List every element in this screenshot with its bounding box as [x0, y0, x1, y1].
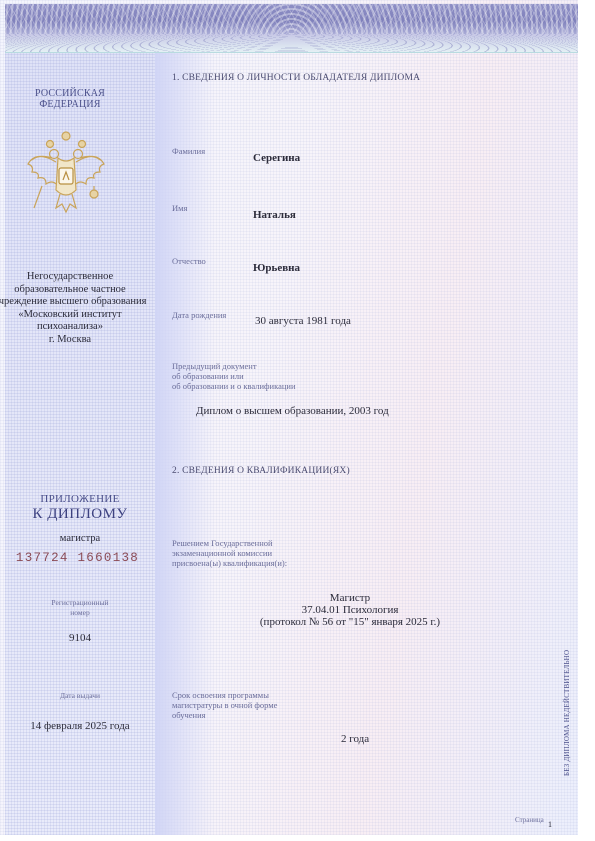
- section1-title: 1. СВЕДЕНИЯ О ЛИЧНОСТИ ОБЛАДАТЕЛЯ ДИПЛОМ…: [172, 73, 420, 83]
- diploma-supplement-page: РОССИЙСКАЯ ФЕДЕРАЦИЯ: [0, 0, 578, 835]
- blank-serial-number: 137724 1660138: [0, 551, 155, 565]
- page-number: 1: [548, 820, 552, 829]
- section2-title: 2. СВЕДЕНИЯ О КВАЛИФИКАЦИИ(ЯХ): [172, 466, 350, 476]
- study-term-value: 2 года: [341, 733, 369, 745]
- appendix-heading-line1: ПРИЛОЖЕНИЕ: [20, 493, 140, 505]
- label-line: обучения: [172, 710, 322, 720]
- program-code-name: 37.04.01 Психология: [240, 604, 460, 616]
- country-line: ФЕДЕРАЦИЯ: [20, 99, 120, 110]
- label-line: номер: [20, 608, 140, 618]
- qualification-block: Магистр 37.04.01 Психология (протокол № …: [240, 592, 460, 628]
- label-line: об образовании или: [172, 371, 362, 381]
- previous-document-value: Диплом о высшем образовании, 2003 год: [196, 405, 389, 417]
- protocol-reference: (протокол № 56 от "15" января 2025 г.): [240, 616, 460, 628]
- coat-of-arms-icon: [22, 128, 110, 220]
- label-line: магистратуры в очной форме: [172, 700, 322, 710]
- birth-date-value: 30 августа 1981 года: [255, 315, 351, 327]
- birth-date-label: Дата рождения: [172, 310, 226, 320]
- surname-label: Фамилия: [172, 146, 205, 156]
- guilloche-lower-band: [5, 34, 578, 53]
- label-line: Регистрационный: [20, 598, 140, 608]
- label-line: об образовании и о квалификации: [172, 381, 362, 391]
- label-line: экзаменационной комиссии: [172, 548, 362, 558]
- institution-line: психоанализа»: [0, 321, 152, 334]
- label-line: Предыдущий документ: [172, 361, 362, 371]
- issue-date-label: Дата выдачи: [20, 691, 140, 700]
- institution-line: образовательное частное: [0, 284, 152, 297]
- institution-city: г. Москва: [0, 334, 152, 347]
- label-line: Срок освоения программы: [172, 690, 322, 700]
- degree-level: магистра: [20, 533, 140, 544]
- page-label: Страница: [515, 816, 544, 824]
- institution-name: Негосударственное образовательное частно…: [0, 271, 152, 347]
- institution-line: Негосударственное: [0, 271, 152, 284]
- qualification-title: Магистр: [240, 592, 460, 604]
- guilloche-top-band: [5, 4, 578, 34]
- name-label: Имя: [172, 203, 187, 213]
- name-value: Наталья: [253, 209, 296, 221]
- institution-line: «Московский институт: [0, 309, 152, 322]
- surname-value: Серегина: [253, 152, 300, 164]
- label-line: присвоена(ы) квалификация(и):: [172, 558, 362, 568]
- registration-number-label: Регистрационный номер: [20, 598, 140, 618]
- issue-date: 14 февраля 2025 года: [5, 720, 155, 732]
- previous-document-label: Предыдущий документ об образовании или о…: [172, 361, 362, 391]
- study-term-label: Срок освоения программы магистратуры в о…: [172, 690, 322, 720]
- patronymic-label: Отчество: [172, 256, 206, 266]
- commission-decision-label: Решением Государственной экзаменационной…: [172, 538, 362, 568]
- registration-number: 9104: [20, 632, 140, 644]
- label-line: Решением Государственной: [172, 538, 362, 548]
- country-line: РОССИЙСКАЯ: [20, 88, 120, 99]
- institution-line: учреждение высшего образования: [0, 296, 152, 309]
- validity-note: БЕЗ ДИПЛОМА НЕДЕЙСТВИТЕЛЬНО: [563, 656, 571, 776]
- appendix-heading-line2: К ДИПЛОМУ: [20, 506, 140, 522]
- country-name: РОССИЙСКАЯ ФЕДЕРАЦИЯ: [20, 88, 120, 110]
- patronymic-value: Юрьевна: [253, 262, 300, 274]
